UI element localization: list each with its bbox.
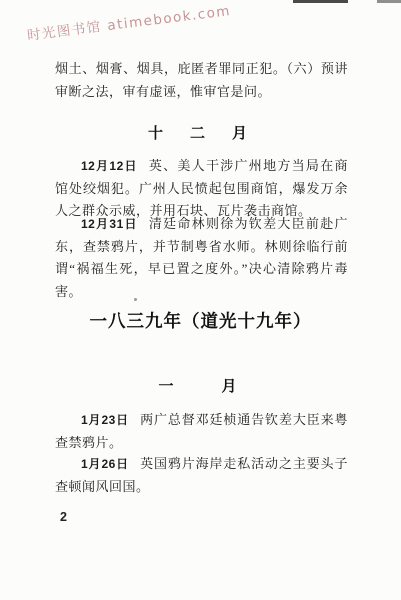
watermark-text: 时光图书馆 atimebook.com	[26, 0, 232, 44]
chronicle-entry: 1月26日英国鸦片海岸走私活动之主要头子查顿闻风回国。	[55, 453, 348, 498]
entry-date: 1月26日	[81, 457, 140, 471]
entry-date: 12月31日	[81, 217, 149, 231]
entry-date: 12月12日	[81, 159, 149, 173]
entry-date: 1月23日	[81, 413, 140, 427]
scan-artifact-line	[293, 0, 348, 3]
chronicle-entry: 1月23日两广总督邓廷桢通告钦差大臣来粤查禁鸦片。	[55, 409, 348, 454]
scanned-book-page: 时光图书馆 atimebook.com 烟土、烟膏、烟具，庇匿者罪同正犯。（六）…	[0, 0, 401, 600]
section-heading-december: 十 二 月	[0, 122, 401, 143]
year-heading: 一八三九年（道光十九年）	[0, 308, 401, 333]
page-number: 2	[60, 510, 67, 524]
chronicle-entry: 12月31日清廷命林则徐为钦差大臣前赴广东，查禁鸦片，并节制粤省水师。林则徐临行…	[55, 213, 348, 303]
paragraph-continuation: 烟土、烟膏、烟具，庇匿者罪同正犯。（六）预讲审断之法，审有虚诬，惟审官是问。	[55, 58, 348, 103]
section-heading-january: 一 月	[0, 375, 401, 396]
scan-artifact-line	[377, 0, 401, 3]
